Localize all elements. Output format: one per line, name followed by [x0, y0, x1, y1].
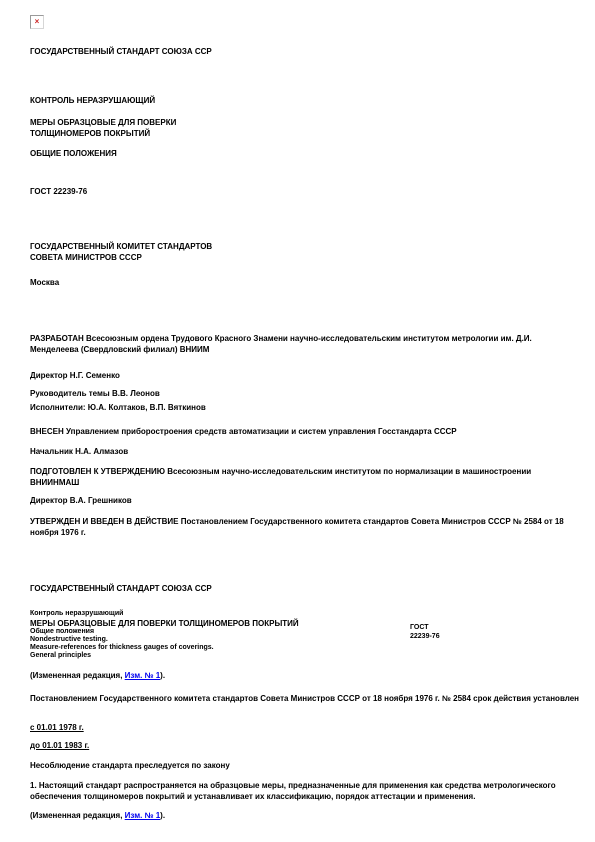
cover-city: Москва: [30, 277, 59, 288]
amendment-link-1[interactable]: Изм. № 1: [125, 671, 160, 680]
preamble-developed: РАЗРАБОТАН Всесоюзным ордена Трудового К…: [30, 333, 582, 355]
cover-title: МЕРЫ ОБРАЗЦОВЫЕ ДЛЯ ПОВЕРКИ ТОЛЩИНОМЕРОВ…: [30, 117, 176, 139]
cover-title-line1: МЕРЫ ОБРАЗЦОВЫЕ ДЛЯ ПОВЕРКИ: [30, 117, 176, 128]
amendment-suffix-2: ).: [160, 811, 165, 820]
amendment-note-2: (Измененная редакция, Изм. № 1).: [30, 810, 165, 821]
preamble-prepared: ПОДГОТОВЛЕН К УТВЕРЖДЕНИЮ Всесоюзным нау…: [30, 466, 582, 488]
preamble-director2: Директор В.А. Грешников: [30, 495, 132, 506]
cover-committee: ГОСУДАРСТВЕННЫЙ КОМИТЕТ СТАНДАРТОВ СОВЕТ…: [30, 241, 212, 263]
standard-header-2: ГОСУДАРСТВЕННЫЙ СТАНДАРТ СОЮЗА ССР: [30, 583, 212, 594]
cover-header: ГОСУДАРСТВЕННЫЙ СТАНДАРТ СОЮЗА ССР: [30, 46, 212, 57]
committee-line1: ГОСУДАРСТВЕННЫЙ КОМИТЕТ СТАНДАРТОВ: [30, 241, 212, 252]
preamble-approved: УТВЕРЖДЕН И ВВЕДЕН В ДЕЙСТВИЕ Постановле…: [30, 516, 582, 538]
amendment-suffix: ).: [160, 671, 165, 680]
preamble-director1: Директор Н.Г. Семенко: [30, 370, 120, 381]
preamble-chief: Начальник Н.А. Алмазов: [30, 446, 128, 457]
amendment-prefix-2: (Измененная редакция,: [30, 811, 125, 820]
law-notice: Несоблюдение стандарта преследуется по з…: [30, 760, 230, 771]
broken-image-x-glyph: ×: [35, 18, 40, 26]
cover-subtitle: ОБЩИЕ ПОЛОЖЕНИЯ: [30, 148, 117, 159]
preamble-submitted: ВНЕСЕН Управлением приборостроения средс…: [30, 426, 582, 437]
gost-number-block: ГОСТ 22239-76: [410, 624, 440, 641]
cover-doc-number: ГОСТ 22239-76: [30, 186, 87, 197]
broken-image-icon: ×: [30, 15, 44, 29]
amendment-prefix: (Измененная редакция,: [30, 671, 125, 680]
resolution-text: Постановлением Государственного комитета…: [30, 693, 582, 704]
amendment-note-1: (Измененная редакция, Изм. № 1).: [30, 670, 165, 681]
gost-number: 22239-76: [410, 633, 440, 642]
document-page: { "colors": { "background": "#ffffff", "…: [0, 0, 595, 842]
cover-subject: КОНТРОЛЬ НЕРАЗРУШАЮЩИЙ: [30, 95, 155, 106]
valid-to-date: до 01.01 1983 г.: [30, 740, 89, 751]
preamble-theme-lead: Руководитель темы В.В. Леонов: [30, 388, 160, 399]
preamble-executors: Исполнители: Ю.А. Колтаков, В.П. Вяткино…: [30, 402, 206, 413]
cover-title-line2: ТОЛЩИНОМЕРОВ ПОКРЫТИЙ: [30, 128, 176, 139]
title-block-en3: General principles: [30, 652, 91, 661]
valid-from-date: с 01.01 1978 г.: [30, 722, 84, 733]
amendment-link-2[interactable]: Изм. № 1: [125, 811, 160, 820]
clause-1: 1. Настоящий стандарт распространяется н…: [30, 780, 582, 802]
gost-label: ГОСТ: [410, 624, 440, 633]
committee-line2: СОВЕТА МИНИСТРОВ СССР: [30, 252, 212, 263]
